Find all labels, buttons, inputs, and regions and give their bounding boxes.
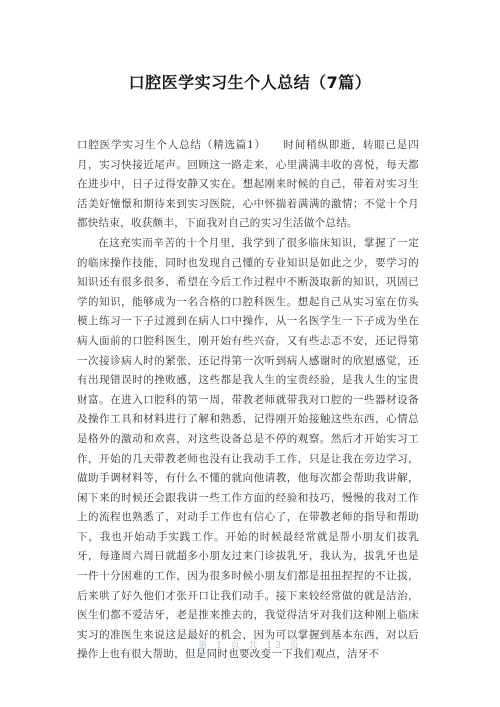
paragraph-1: 口腔医学实习生个人总结（精选篇1） 时间稍纵即逝，转眼已是四月，实习快接近尾声。… xyxy=(77,136,419,234)
paragraph-2: 在这充实而辛苦的十个月里，我学到了很多临床知识，掌握了一定的临床操作技能，同时也… xyxy=(77,234,419,665)
document-page: 口腔医学实习生个人总结（7篇） 口腔医学实习生个人总结（精选篇1） 时间稍纵即逝… xyxy=(0,0,500,707)
document-body: 口腔医学实习生个人总结（精选篇1） 时间稍纵即逝，转眼已是四月，实习快接近尾声。… xyxy=(77,136,419,665)
page-footer: 第 1 页 共 13 页 xyxy=(0,638,500,651)
document-title: 口腔医学实习生个人总结（7篇） xyxy=(0,72,500,94)
page-number-text: 第 1 页 共 13 页 xyxy=(198,641,301,651)
